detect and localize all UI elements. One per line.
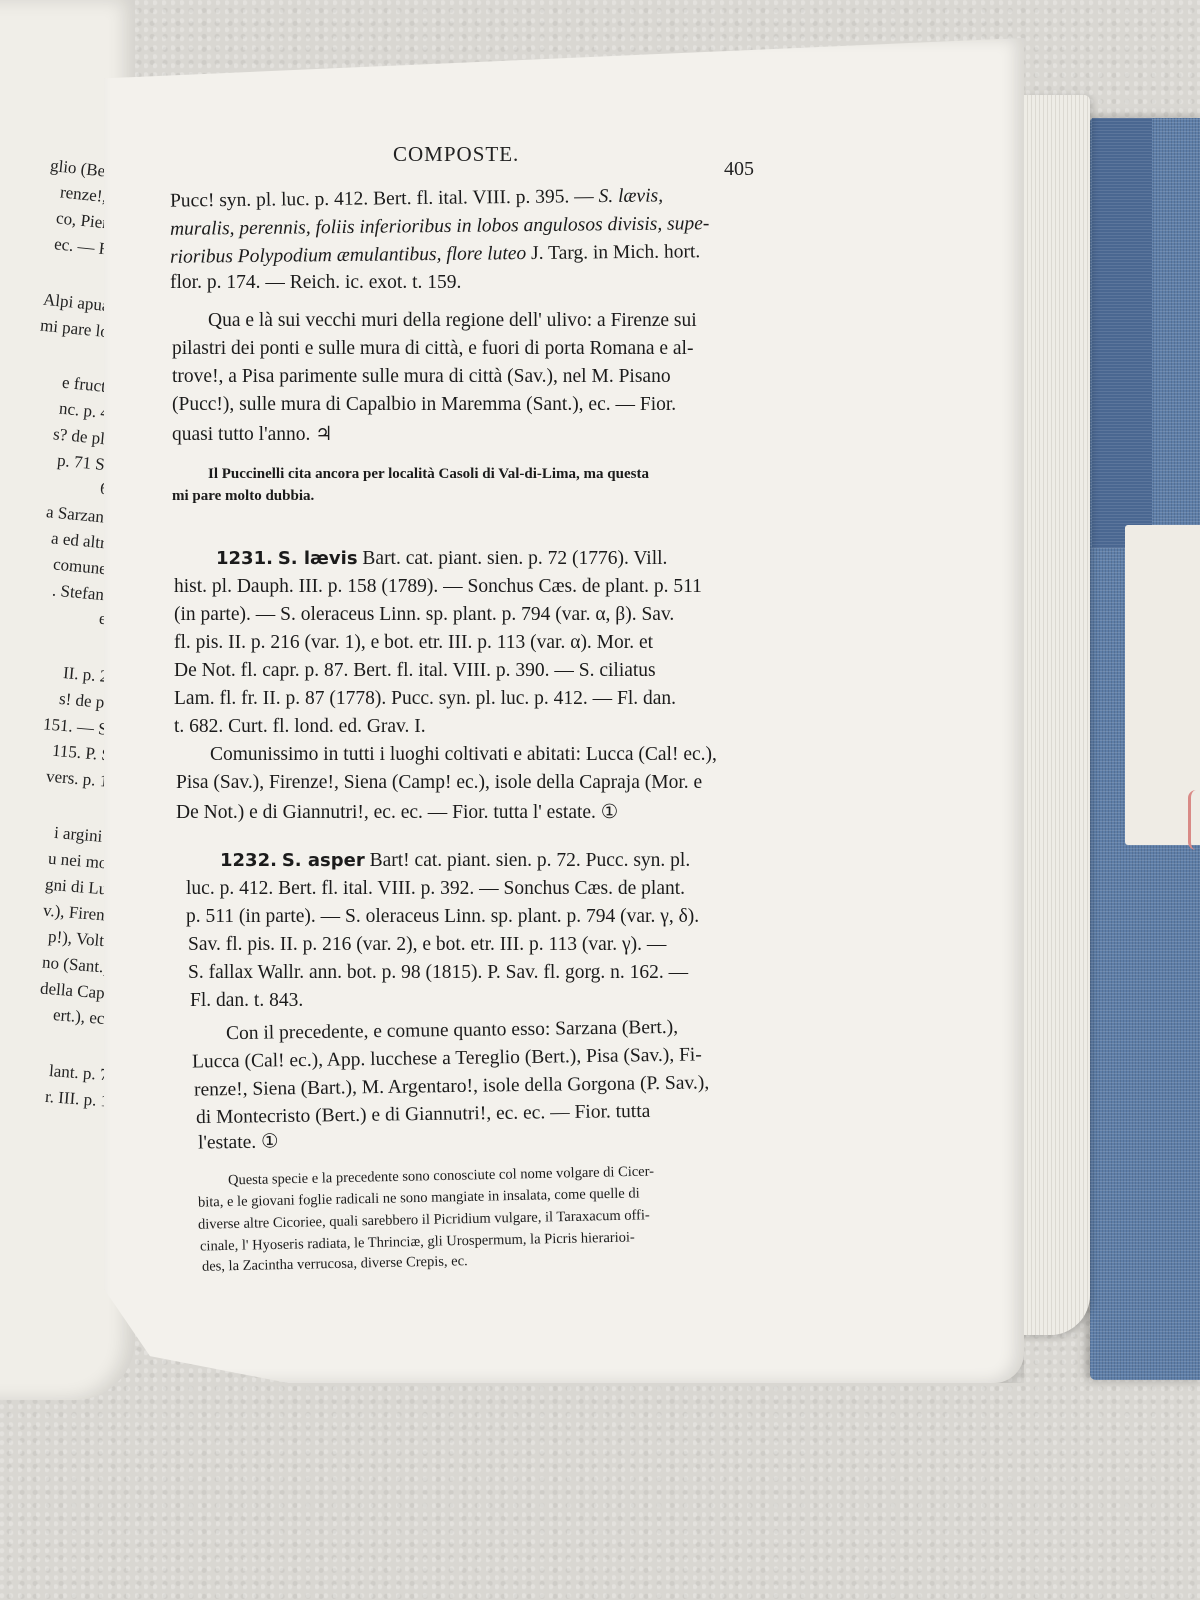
entry-1232-line: S. fallax Wallr. ann. bot. p. 98 (1815).… [188, 962, 688, 984]
entry-1231-line: fl. pis. II. p. 216 (var. 1), e bot. etr… [174, 632, 653, 654]
entry-1232-habitat: l'estate. ① [198, 1129, 279, 1154]
entry-1232-line: luc. p. 412. Bert. fl. ital. VIII. p. 39… [186, 878, 685, 900]
habitat-1-line: pilastri dei ponti e sulle mura di città… [172, 338, 693, 360]
species-name: S. lævis [278, 548, 358, 569]
note-1-line: Il Puccinelli cita ancora per località C… [208, 466, 649, 483]
entry-1231-line: hist. pl. Dauph. III. p. 158 (1789). — S… [174, 576, 702, 598]
note-1-line: mi pare molto dubbia. [172, 488, 314, 505]
entry-1232-line: Fl. dan. t. 843. [190, 990, 303, 1012]
entry-number: 1232. [220, 850, 277, 871]
page-number: 405 [724, 158, 754, 181]
cloth-book-spine [1092, 118, 1152, 548]
entry-1231-line: De Not. fl. capr. p. 87. Bert. fl. ital.… [174, 660, 656, 682]
label-red-mark [1188, 790, 1200, 850]
entry-1231-line: (in parte). — S. oleraceus Linn. sp. pla… [174, 604, 674, 626]
entry-1231-habitat: Pisa (Sav.), Firenze!, Siena (Camp! ec.)… [176, 772, 702, 794]
habitat-1-line: Qua e là sui vecchi muri della regione d… [208, 310, 697, 332]
species-name: S. asper [282, 850, 365, 871]
entry-1231-habitat: De Not.) e di Giannutri!, ec. ec. — Fior… [176, 800, 618, 824]
habitat-1-line: (Pucc!), sulle mura di Capalbio in Marem… [172, 394, 676, 416]
entry-1231-header: 1231. S. lævis Bart. cat. piant. sien. p… [216, 548, 667, 570]
entry-1232-line: p. 511 (in parte). — S. oleraceus Linn. … [186, 906, 699, 928]
entry-number: 1231. [216, 548, 273, 569]
entry-1232-header: 1232. S. asper Bart! cat. piant. sien. p… [220, 850, 690, 872]
entry-1232-line: Sav. fl. pis. II. p. 216 (var. 2), e bot… [188, 934, 666, 956]
entry-1231-line: Lam. fl. fr. II. p. 87 (1778). Pucc. syn… [174, 688, 676, 710]
running-head: COMPOSTE. [393, 142, 519, 167]
intro-line-4: flor. p. 174. — Reich. ic. exot. t. 159. [170, 272, 461, 294]
habitat-1-line: trove!, a Pisa parimente sulle mura di c… [172, 366, 671, 388]
entry-1231-habitat: Comunissimo in tutti i luoghi coltivati … [210, 744, 717, 766]
habitat-1-line: quasi tutto l'anno. ♃ [172, 422, 333, 446]
entry-1231-line: t. 682. Curt. fl. lond. ed. Grav. I. [174, 716, 426, 738]
